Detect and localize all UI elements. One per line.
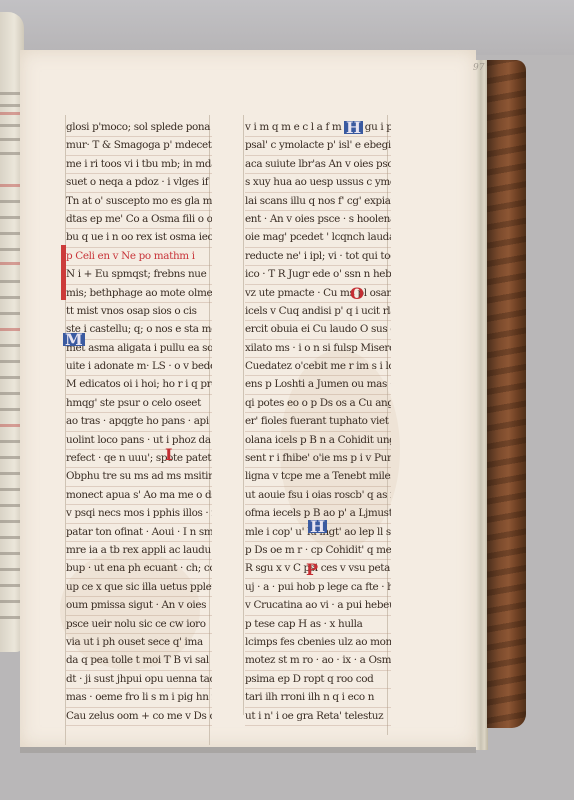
- right-text-column: v i m q m e c l a f m e H gu i ppe psal'…: [245, 119, 391, 726]
- text-line: Cau zelus oom + co me v Ds ojm: [66, 708, 212, 726]
- text-line: xilato ms · i o n si fulsp Misere a: [245, 340, 391, 358]
- text-line: ercit obuia ei Cu laudo O sus os au: [245, 321, 391, 339]
- text-line: via ut i ph ouset sece q' ima: [66, 634, 212, 652]
- text-line: ut i n' i oe gra Reta' telestuz: [245, 708, 391, 726]
- text-line: v i m q m e c l a f m e H gu i ppe: [245, 119, 391, 137]
- text-line: lcimps fes cbenies ulz ao monte: [245, 634, 391, 652]
- text-line: ut aouie fsu i oias roscb' q as in sa: [245, 487, 391, 505]
- red-initial-o: O: [350, 284, 364, 303]
- text-line: v psqi necs mos i pphis illos · n: [66, 505, 212, 523]
- text-line: da q pea tolle t moi T B vi sal: [66, 652, 212, 670]
- text-line: ico · T R Jugr ede o' ssn n hebeu pui: [245, 266, 391, 284]
- text-line: met asma aligata i pullu ea sol: [66, 340, 212, 358]
- text-line: N i + Eu spmqst; frebns nue: [66, 266, 212, 284]
- text-line: er' fioles fuerant tuphato viet clamer: [245, 413, 391, 431]
- text-line: reducte ne' i ipl; vi · tot qui tocer: [245, 248, 391, 266]
- text-line: motez st m ro · ao · ix · a Osma: [245, 652, 391, 670]
- ruling-right-col-left: [243, 115, 244, 715]
- text-line: me i ri toos vi i tbu mb; in mda co: [66, 156, 212, 174]
- red-initial-p: P: [306, 560, 318, 579]
- text-line: uj · a · pui hob p lege ca fte · h jen: [245, 579, 391, 597]
- text-line: uolint loco pans · ut i phoz da: [66, 432, 212, 450]
- text-line: tari ilh rroni ilh n q i eco n: [245, 689, 391, 707]
- blue-initial-m: M: [63, 333, 85, 346]
- text-line: uite i adonate m· LS · o v bede: [66, 358, 212, 376]
- text-line: bup · ut ena ph ecuant · ch; cogset: [66, 560, 212, 578]
- text-line: hmqg' ste psur o celo oseet: [66, 395, 212, 413]
- text-line: sent r i fhibe' o'ie ms p i v Pung: [245, 450, 391, 468]
- text-line: ligna v tcpe me a Tenebt miles ppr: [245, 468, 391, 486]
- text-line: dt · ji sust jhpui opu uenna tacen: [66, 671, 212, 689]
- text-line: p tese cap H as · x hulla: [245, 616, 391, 634]
- text-line: qi potes eo o p Ds os a Cu angla i pu: [245, 395, 391, 413]
- text-line: p Ds oe m r · cp Cohidit' q me: [245, 542, 391, 560]
- text-line: M edicatos oi i hoi; ho r i q pro: [66, 376, 212, 394]
- text-line: v Crucatina ao vi · a pui hebeu: [245, 597, 391, 615]
- text-line: ao tras · apqgte ho pans · api: [66, 413, 212, 431]
- text-line: monect apua s' Ao ma me o ds ms: [66, 487, 212, 505]
- text-line: vz ute pmacte · Cu ms pl osana da: [245, 285, 391, 303]
- scan-background: [0, 0, 574, 55]
- text-line: patar ton ofinat · Aoui · I n smo ne: [66, 524, 212, 542]
- text-line: Tn at o' suscepto mo es gla ma i ce: [66, 193, 212, 211]
- left-text-column: glosi p'moco; sol splede pona mur· T & S…: [66, 119, 212, 726]
- text-line: mis; bethphage ao mote olmet: [66, 285, 212, 303]
- text-line: up ce x que sic illa uetus pplet: [66, 579, 212, 597]
- text-line: aca suiute lbr'as An v oies psce: [245, 156, 391, 174]
- rubric-line: p Celi en v Ne po mathm i: [66, 248, 212, 266]
- text-line: ste i castellu; q; o nos e sta me: [66, 321, 212, 339]
- text-line: icels v Cuq andisi p' q i ucit rlaz: [245, 303, 391, 321]
- text-line: psal' c ymolacte p' isl' e ebegipa: [245, 137, 391, 155]
- text-line: suet o neqa a pdoz · i vlges if · v: [66, 174, 212, 192]
- text-line: ent · An v oies psce · s hoolena: [245, 211, 391, 229]
- text-line: olana icels p B n a Cohidit ung me: [245, 432, 391, 450]
- text-line: Cuedatez o'cebit me r im s i locebon: [245, 358, 391, 376]
- text-line: mas · oeme fro li s m i pig hn mee: [66, 689, 212, 707]
- red-initial-i: I: [165, 445, 172, 464]
- leather-binding: [487, 60, 526, 728]
- blue-initial-h-top: H: [344, 121, 363, 134]
- page-shadow: [20, 747, 476, 753]
- text-line: oie mag' pcedet ' lcqnch laudate: [245, 229, 391, 247]
- text-line: s xuy hua ao uesp ussus c ymo: [245, 174, 391, 192]
- text-line: psce ueir nolu sic ce cw ioro: [66, 616, 212, 634]
- text-line: refect · qe n uuu'; spote patet R: [66, 450, 212, 468]
- text-line: mre ia a tb rex appli ac laudu no: [66, 542, 212, 560]
- text-line: tt mist vnos osap sios o cis: [66, 303, 212, 321]
- folio-number: 97: [473, 63, 484, 73]
- text-line: Obphu tre su ms ad ms msitin et: [66, 468, 212, 486]
- text-line: mur· T & Smagoga p' mdecet: [66, 137, 212, 155]
- text-line: glosi p'moco; sol splede pona: [66, 119, 212, 137]
- text-line: lai scans illu q nos f' cg' expiaur: [245, 193, 391, 211]
- text-line: ens p Loshti a Jumen ou mas · ubes: [245, 376, 391, 394]
- text-line: dtas ep me' Co a Osma fili o os: [66, 211, 212, 229]
- blue-initial-h-bottom: H: [308, 520, 327, 533]
- text-line: oum pmissa sigut · An v oies: [66, 597, 212, 615]
- text-line: psima ep D ropt q roo cod: [245, 671, 391, 689]
- text-line: bu q ue i n oo rex ist osma iecels: [66, 229, 212, 247]
